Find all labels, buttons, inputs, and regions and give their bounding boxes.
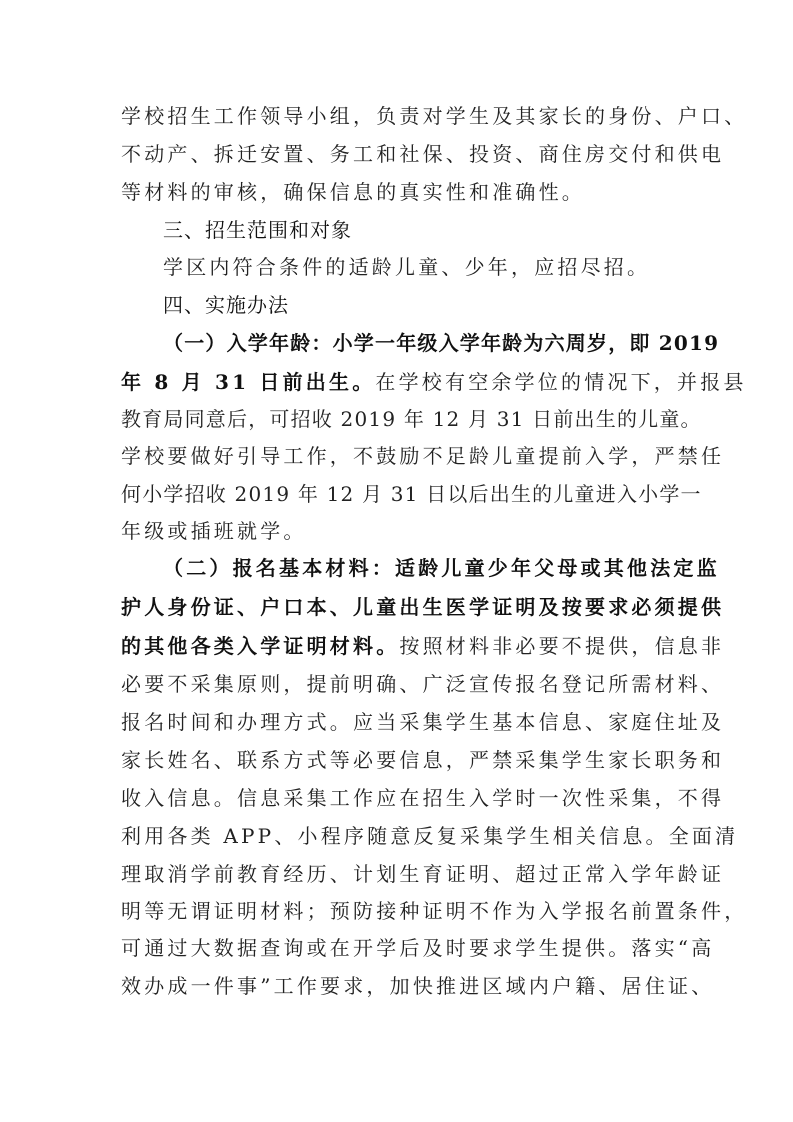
bold-text: 的其他各类入学证明材料。 <box>121 634 399 658</box>
body-line: 学校要做好引导工作，不鼓励不足龄儿童提前入学，严禁任 <box>121 441 677 471</box>
body-line: 效办成一件事”工作要求，加快推进区域内户籍、居住证、 <box>121 971 677 1001</box>
body-line: 年级或插班就学。 <box>121 516 677 546</box>
body-line: 报名时间和办理方式。应当采集学生基本信息、家庭住址及 <box>121 707 677 737</box>
bold-text: 年 8 月 31 日前出生。 <box>121 370 375 394</box>
body-line: 利用各类 APP、小程序随意反复采集学生相关信息。全面清 <box>121 821 677 851</box>
body-line: 家长姓名、联系方式等必要信息，严禁采集学生家长职务和 <box>121 745 677 775</box>
document-page: 学校招生工作领导小组，负责对学生及其家长的身份、户口、 不动产、拆迁安置、务工和… <box>0 0 793 1122</box>
subsection-heading-2: （二）报名基本材料：适龄儿童少年父母或其他法定监 <box>163 553 677 583</box>
body-line: 收入信息。信息采集工作应在招生入学时一次性采集，不得 <box>121 783 677 813</box>
bold-text: （二）报名基本材料：适龄儿童少年父母或其他法定监 <box>163 556 720 580</box>
body-line: 明等无谓证明材料；预防接种证明不作为入学报名前置条件， <box>121 896 677 926</box>
body-line: 何小学招收 2019 年 12 月 31 日以后出生的儿童进入小学一 <box>121 479 677 509</box>
body-line: 的其他各类入学证明材料。按照材料非必要不提供，信息非 <box>121 631 677 661</box>
body-line: 年 8 月 31 日前出生。在学校有空余学位的情况下，并报县 <box>121 367 677 397</box>
body-line: 学校招生工作领导小组，负责对学生及其家长的身份、户口、 <box>121 101 677 131</box>
body-text: 在学校有空余学位的情况下，并报县 <box>375 370 746 394</box>
body-line: 可通过大数据查询或在开学后及时要求学生提供。落实“高 <box>121 933 677 963</box>
body-line: 不动产、拆迁安置、务工和社保、投资、商住房交付和供电 <box>121 139 677 169</box>
section-heading-4: 四、实施办法 <box>163 290 677 320</box>
subsection-heading-1: （一）入学年龄：小学一年级入学年龄为六周岁，即 2019 <box>163 328 677 358</box>
body-line: 等材料的审核，确保信息的真实性和准确性。 <box>121 177 677 207</box>
body-line: 学区内符合条件的适龄儿童、少年，应招尽招。 <box>163 252 677 282</box>
body-line: 理取消学前教育经历、计划生育证明、超过正常入学年龄证 <box>121 859 677 889</box>
bold-text: 护人身份证、户口本、儿童出生医学证明及按要求必须提供 <box>121 595 724 619</box>
bold-text: （一）入学年龄：小学一年级入学年龄为六周岁，即 2019 <box>163 331 719 355</box>
section-heading-3: 三、招生范围和对象 <box>163 215 677 245</box>
body-line: 教育局同意后，可招收 2019 年 12 月 31 日前出生的儿童。 <box>121 404 677 434</box>
body-text: 按照材料非必要不提供，信息非 <box>399 634 724 658</box>
body-line: 必要不采集原则，提前明确、广泛宣传报名登记所需材料、 <box>121 669 677 699</box>
body-line: 护人身份证、户口本、儿童出生医学证明及按要求必须提供 <box>121 592 677 622</box>
